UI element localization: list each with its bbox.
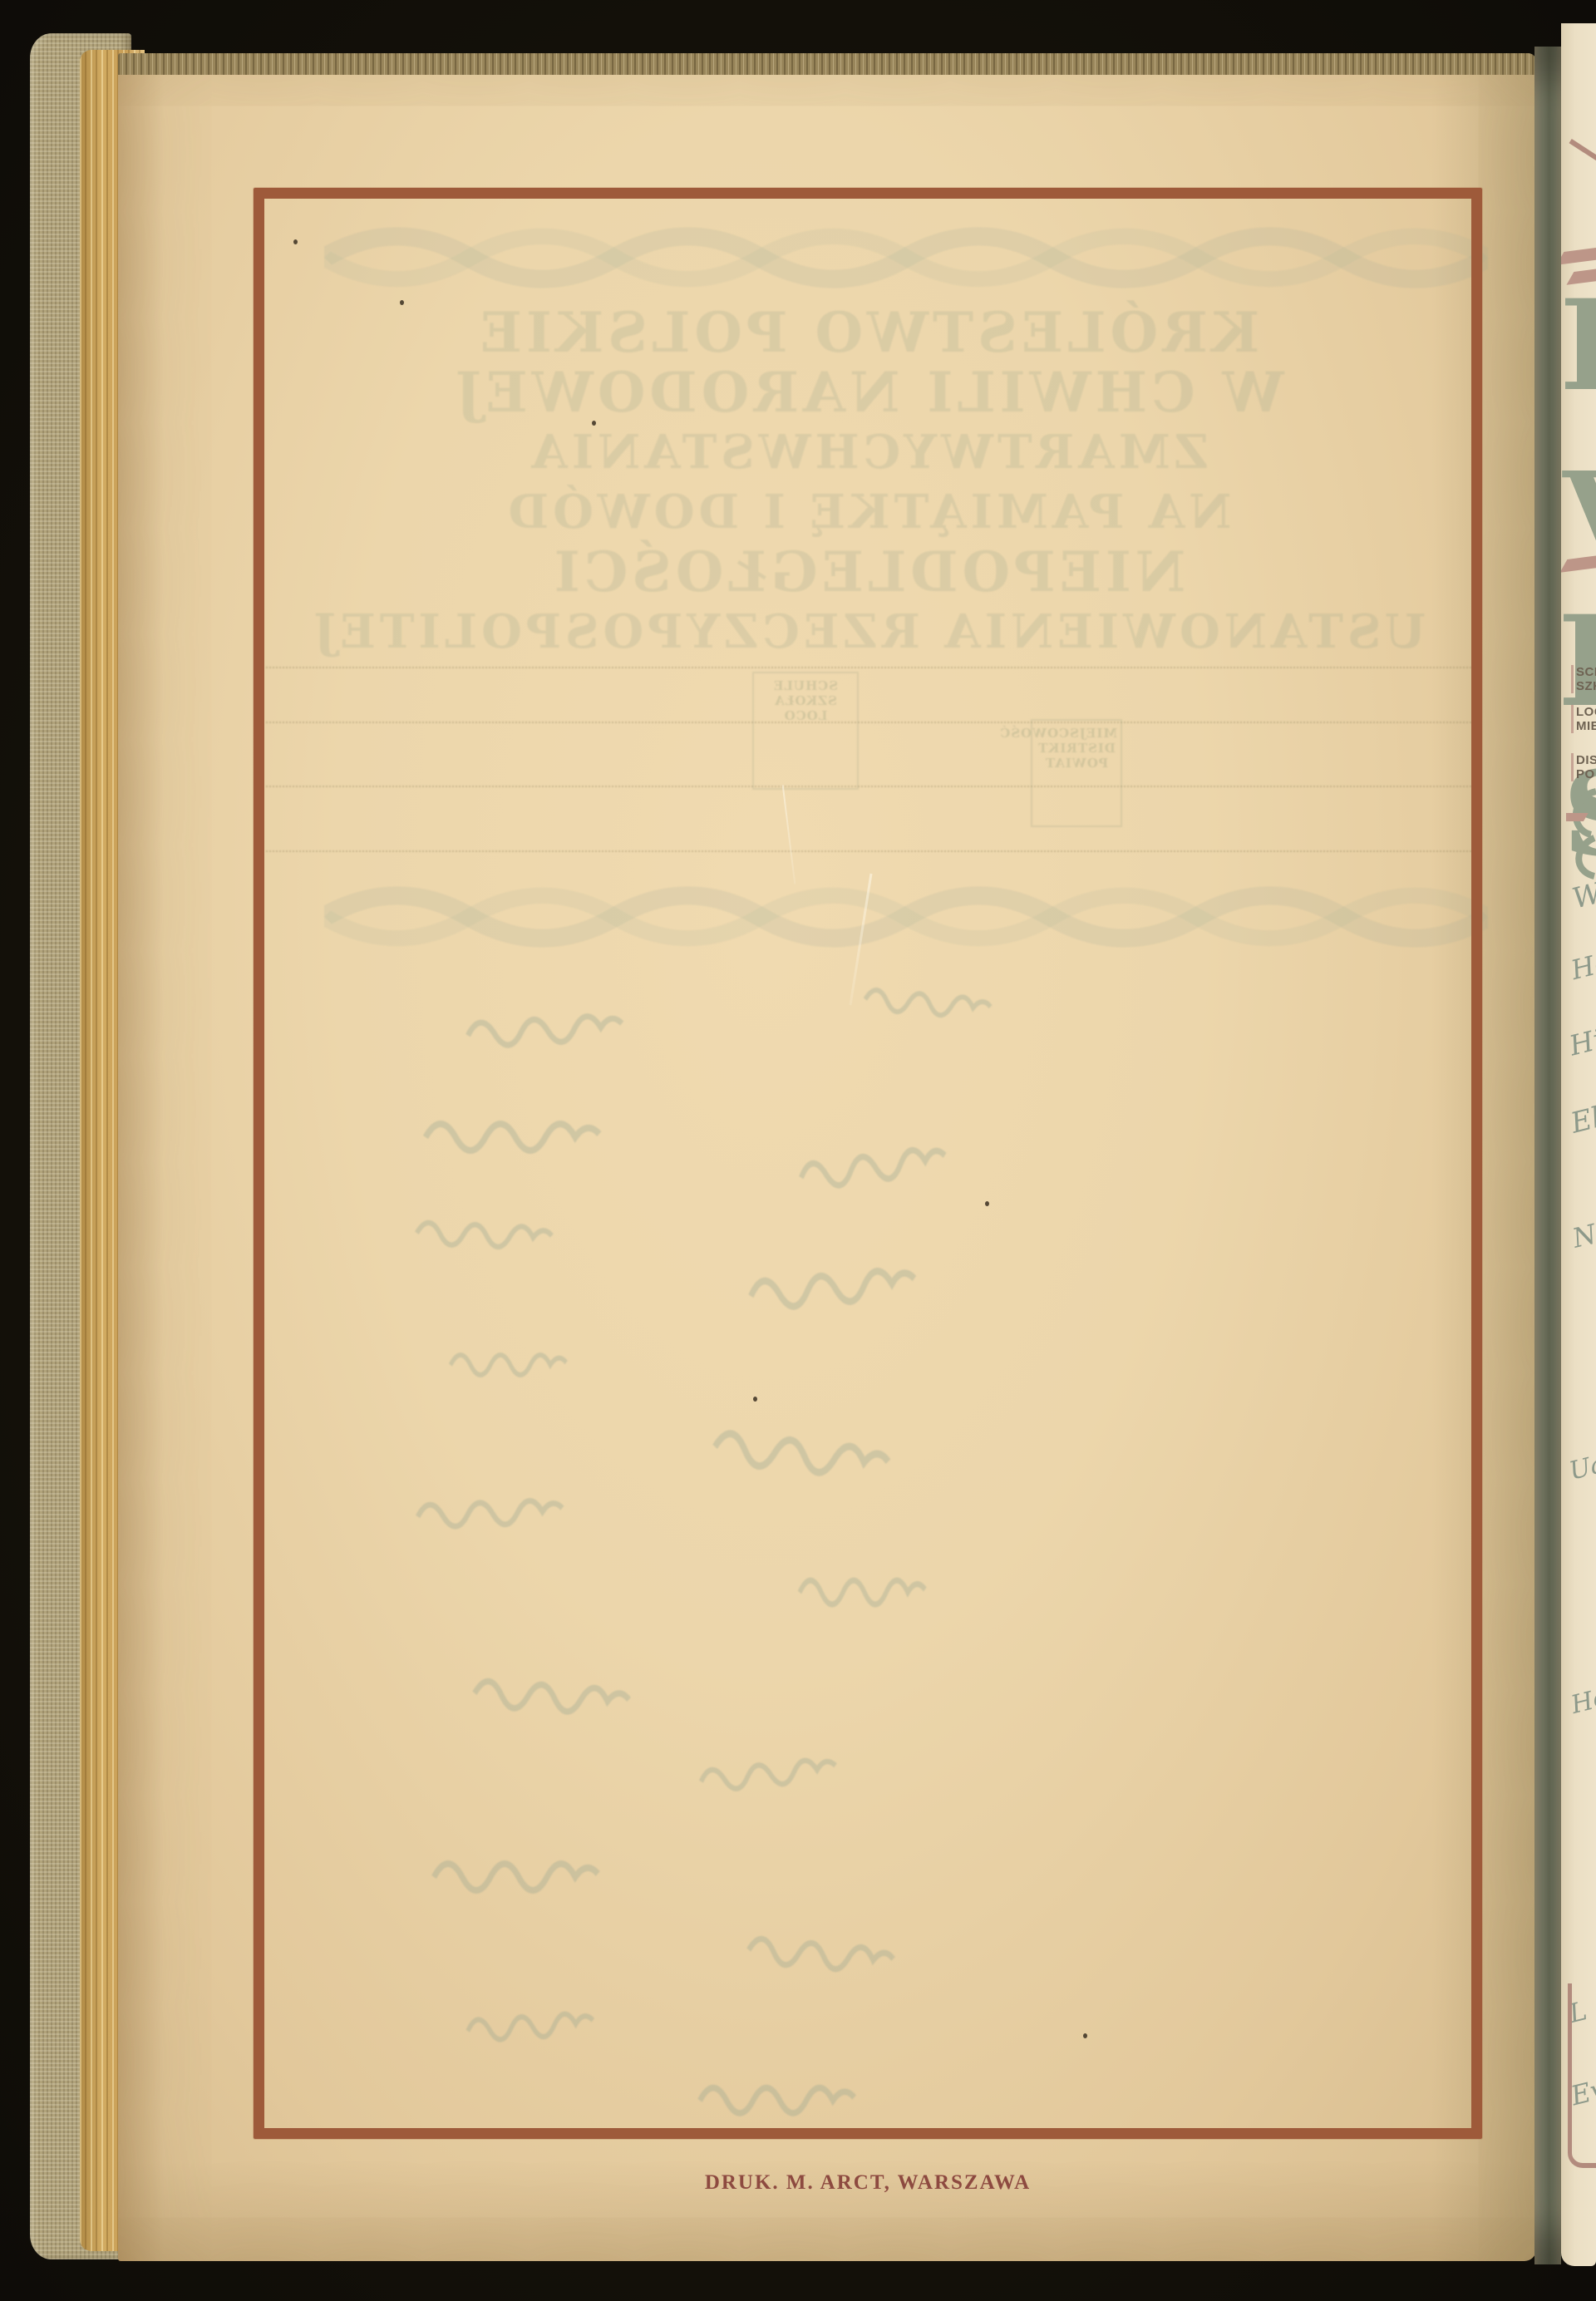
signature-fragment: N (1569, 1218, 1596, 1254)
next-page-form-labels: LOC MIE (1571, 705, 1596, 733)
border-frame (254, 188, 1482, 2139)
next-page-form-labels: SCH SZKO (1571, 665, 1596, 693)
form-label-fragment: LOC (1576, 705, 1596, 719)
signature-fragment: He (1568, 946, 1596, 986)
paper-speck (1083, 2033, 1087, 2038)
ornament-ribbon-bar (1561, 244, 1596, 265)
paper-speck (400, 300, 404, 305)
decorative-letter: K (1561, 273, 1596, 419)
paper-speck (293, 239, 298, 244)
page-gutter-shadow (1534, 47, 1561, 2264)
signature-fragment: Hel (1569, 1681, 1596, 1720)
paper-speck (753, 1397, 757, 1402)
signature-fragment: El (1568, 1101, 1596, 1140)
form-label-fragment: SCH (1576, 665, 1596, 679)
signature-fragment: Hil (1566, 1021, 1596, 1062)
form-label-fragment: DIST (1576, 753, 1596, 767)
next-page-frame-line-bottom (1568, 1983, 1596, 2168)
next-page-strip: K V R S SCH SZKO LOC MIE DIST PO W He Hi… (1561, 23, 1596, 2266)
book-scan: KRÓLESTWO POLSKIE W CHWILI NARODOWEJ ZMA… (0, 0, 1596, 2301)
signature-fragment: Ua (1566, 1449, 1596, 1486)
signature-fragment: W (1569, 876, 1596, 915)
form-label-fragment: PO (1576, 767, 1596, 781)
form-label-fragment: SZKO (1576, 679, 1596, 693)
form-label-fragment: MIE (1576, 719, 1596, 733)
book-page: KRÓLESTWO POLSKIE W CHWILI NARODOWEJ ZMA… (118, 53, 1536, 2261)
next-page-frame-line-top (1569, 139, 1596, 172)
printer-imprint: DRUK. M. ARCT, WARSZAWA (254, 2171, 1482, 2195)
paper-speck (985, 1201, 989, 1206)
next-page-form-labels: DIST PO (1571, 753, 1596, 781)
paper-speck (592, 421, 596, 426)
next-page-ornament-swirl (1566, 788, 1596, 880)
